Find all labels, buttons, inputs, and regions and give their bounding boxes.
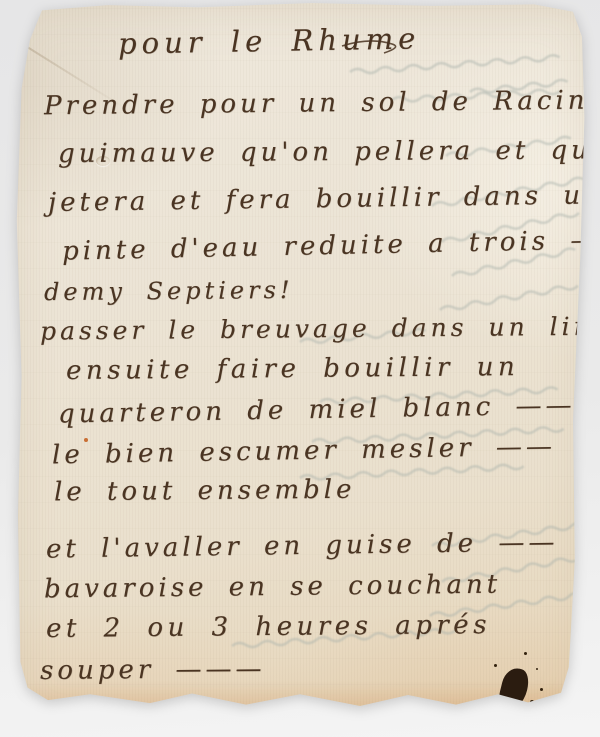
ink-speck <box>494 664 497 667</box>
manuscript-line: souper ——— <box>40 654 266 686</box>
photo-background: pour le Rhume Prendre pour un sol de Rac… <box>0 0 600 737</box>
manuscript-line: le bien escumer mesler —— <box>52 432 556 471</box>
orange-speck <box>84 438 88 442</box>
manuscript-line: pinte d'eau reduite a trois — <box>62 225 600 266</box>
ink-speck <box>530 700 534 704</box>
manuscript-line: et l'avaller en guise de —— <box>46 527 559 564</box>
manuscript-line: guimauve qu'on pellera et qu'on <box>58 135 600 169</box>
ink-spot-top-right-1 <box>0 0 16 12</box>
manuscript-paper: pour le Rhume Prendre pour un sol de Rac… <box>0 0 600 737</box>
ink-spot-top-right-2 <box>0 10 11 18</box>
ink-speck <box>536 668 538 670</box>
ink-speck <box>481 709 484 712</box>
manuscript-line: le tout ensemble <box>54 475 356 508</box>
aged-bottom-edge <box>18 683 576 709</box>
manuscript-line: et 2 ou 3 heures aprés <box>46 610 491 644</box>
manuscript-line: quarteron de miel blanc —— <box>58 390 576 429</box>
manuscript-line: jetera et fera bouillir dans une <box>48 180 600 218</box>
ink-blot-large <box>496 665 531 712</box>
paper-sheet: pour le Rhume Prendre pour un sol de Rac… <box>0 0 600 737</box>
manuscript-line: ensuite faire bouillir un <box>66 352 519 386</box>
manuscript-line: passer le breuvage dans un linge <box>40 311 600 345</box>
ink-speck <box>540 688 543 691</box>
manuscript-title: pour le Rhume <box>118 21 421 60</box>
manuscript-line: demy Septiers! <box>44 276 294 306</box>
ink-blot-drip <box>487 706 508 726</box>
ink-speck <box>548 714 550 716</box>
ink-speck <box>512 728 515 731</box>
manuscript-line: Prendre pour un sol de Racine de <box>44 85 600 122</box>
manuscript-line: bavaroise en se couchant <box>44 570 501 605</box>
ink-speck <box>524 652 527 655</box>
ink-speck <box>552 700 554 702</box>
